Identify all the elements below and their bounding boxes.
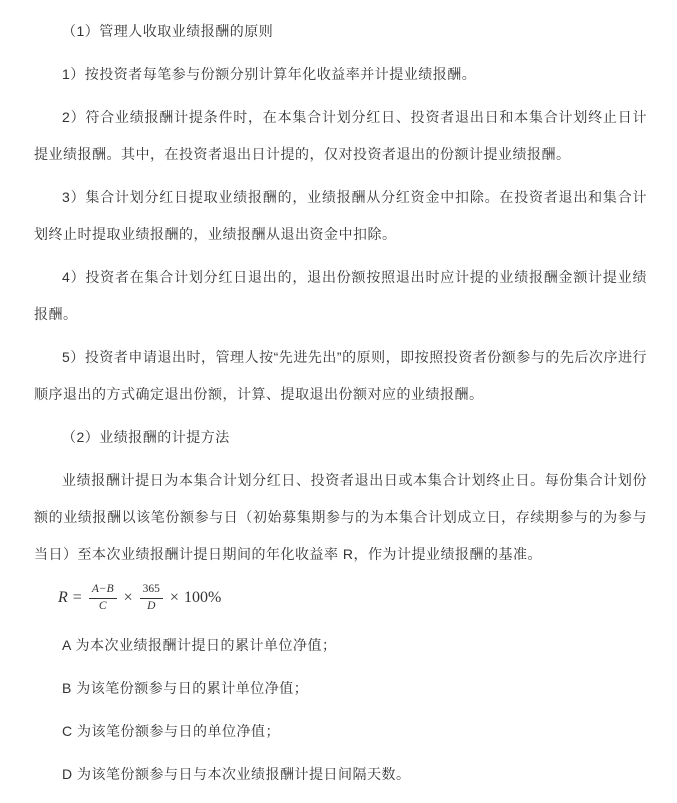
fraction-2-denominator: D <box>147 599 155 613</box>
principle-item-1: 1）按投资者每笔参与份额分别计算年化收益率并计提业绩报酬。 <box>34 56 647 93</box>
fraction-1-denominator: C <box>99 599 107 613</box>
section-heading-2: （2）业绩报酬的计提方法 <box>34 419 647 456</box>
principle-item-2: 2）符合业绩报酬计提条件时，在本集合计划分红日、投资者退出日和本集合计划终止日计… <box>34 99 647 173</box>
multiply-sign-2: × <box>170 589 179 607</box>
fraction-2: 365 D <box>140 583 163 612</box>
fraction-1: A−B C <box>89 583 117 612</box>
annualized-return-formula: R = A−B C × 365 D × 100% <box>34 579 647 617</box>
fraction-2-numerator: 365 <box>140 583 163 598</box>
definition-B: B 为该笔份额参与日的累计单位净值； <box>34 670 647 707</box>
multiply-sign-1: × <box>124 589 133 607</box>
method-intro-paragraph: 业绩报酬计提日为本集合计划分红日、投资者退出日或本集合计划终止日。每份集合计划份… <box>34 462 647 573</box>
definition-D: D 为该笔份额参与日与本次业绩报酬计提日间隔天数。 <box>34 756 647 793</box>
definition-C: C 为该笔份额参与日的单位净值； <box>34 713 647 750</box>
fraction-1-numerator: A−B <box>89 583 117 598</box>
document-page: （1）管理人收取业绩报酬的原则 1）按投资者每笔参与份额分别计算年化收益率并计提… <box>0 0 677 803</box>
definition-A: A 为本次业绩报酬计提日的累计单位净值； <box>34 627 647 664</box>
principle-item-4: 4）投资者在集合计划分红日退出的，退出份额按照退出时应计提的业绩报酬金额计提业绩… <box>34 259 647 333</box>
formula-percent-factor: 100% <box>184 589 221 607</box>
equals-sign: = <box>73 589 82 607</box>
principle-item-5: 5）投资者申请退出时，管理人按“先进先出”的原则，即按照投资者份额参与的先后次序… <box>34 339 647 413</box>
formula-variable-R: R <box>58 589 68 607</box>
section-heading-1: （1）管理人收取业绩报酬的原则 <box>34 13 647 50</box>
principle-item-3: 3）集合计划分红日提取业绩报酬的，业绩报酬从分红资金中扣除。在投资者退出和集合计… <box>34 179 647 253</box>
